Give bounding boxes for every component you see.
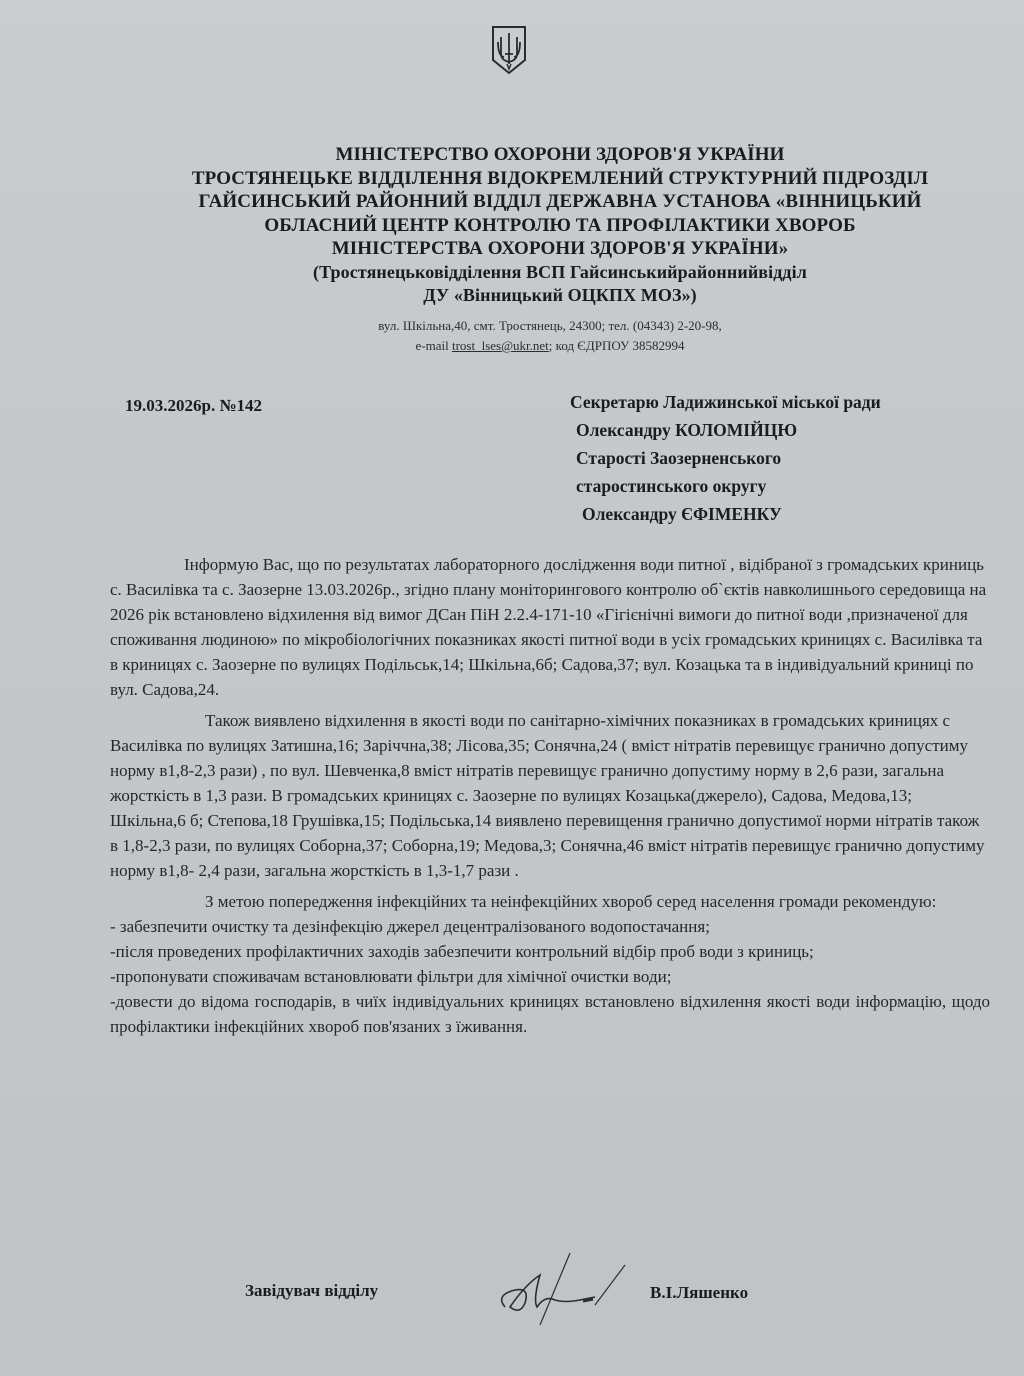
letterhead-line: МІНІСТЕРСТВО ОХОРОНИ ЗДОРОВ'Я УКРАЇНИ — [140, 143, 980, 167]
recommendation-item: -довести до відома господарів, в чиїх ін… — [110, 989, 990, 1039]
letter-body: Інформую Вас, що по результатах лаборато… — [110, 552, 990, 1039]
paragraph-chemical-deviations: Також виявлено відхилення в якості води … — [110, 708, 990, 883]
handwritten-signature-icon — [485, 1245, 635, 1335]
signatory-title: Завідувач відділу — [245, 1281, 378, 1301]
edrpou-code: ; код ЄДРПОУ 38582994 — [549, 338, 685, 353]
letterhead-short-name: ДУ «Вінницький ОЦКПХ МОЗ») — [140, 284, 980, 308]
letterhead: МІНІСТЕРСТВО ОХОРОНИ ЗДОРОВ'Я УКРАЇНИ ТР… — [140, 143, 980, 308]
paragraph-lab-results: Інформую Вас, що по результатах лаборато… — [110, 552, 990, 702]
addressee-line: старостинського округу — [570, 472, 1000, 500]
letterhead-line: ТРОСТЯНЕЦЬКЕ ВІДДІЛЕННЯ ВІДОКРЕМЛЕНИЙ СТ… — [140, 167, 980, 191]
signature-block: Завідувач відділу В.І.Ляшенко — [240, 1275, 840, 1335]
recommendation-item: -пропонувати споживачам встановлювати фі… — [110, 964, 990, 989]
scanned-letter: МІНІСТЕРСТВО ОХОРОНИ ЗДОРОВ'Я УКРАЇНИ ТР… — [0, 0, 1024, 1376]
letterhead-line: МІНІСТЕРСТВА ОХОРОНИ ЗДОРОВ'Я УКРАЇНИ» — [140, 237, 980, 261]
addressee-line: Олександру КОЛОМІЙЦЮ — [570, 416, 1000, 444]
addressee-block: Секретарю Ладижинської міської ради Олек… — [570, 388, 1000, 528]
email-prefix: e-mail — [416, 338, 452, 353]
signatory-name: В.І.Ляшенко — [650, 1283, 748, 1303]
email-link[interactable]: trost_lses@ukr.net — [452, 338, 549, 353]
recommendation-item: -після проведених профілактичних заходів… — [110, 939, 990, 964]
letterhead-line: ОБЛАСНИЙ ЦЕНТР КОНТРОЛЮ ТА ПРОФІЛАКТИКИ … — [140, 214, 980, 238]
address-line: вул. Шкільна,40, смт. Тростянець, 24300;… — [290, 316, 810, 336]
ukraine-coat-of-arms-icon — [490, 24, 528, 76]
paragraph-recommendation-intro: З метою попередження інфекційних та неін… — [110, 889, 990, 914]
contact-info: вул. Шкільна,40, смт. Тростянець, 24300;… — [290, 316, 810, 356]
date-and-number: 19.03.2026р. №142 — [125, 396, 262, 416]
letterhead-short-name: (Тростянецьковідділення ВСП Гайсинськийр… — [140, 261, 980, 285]
letterhead-line: ГАЙСИНСЬКИЙ РАЙОННИЙ ВІДДІЛ ДЕРЖАВНА УСТ… — [140, 190, 980, 214]
email-line: e-mail trost_lses@ukr.net; код ЄДРПОУ 38… — [290, 336, 810, 356]
recommendation-item: - забезпечити очистку та дезінфекцію дже… — [110, 914, 990, 939]
addressee-line: Секретарю Ладижинської міської ради — [570, 388, 1000, 416]
addressee-line: Старості Заозерненського — [570, 444, 1000, 472]
addressee-line: Олександру ЄФІМЕНКУ — [570, 500, 1000, 528]
